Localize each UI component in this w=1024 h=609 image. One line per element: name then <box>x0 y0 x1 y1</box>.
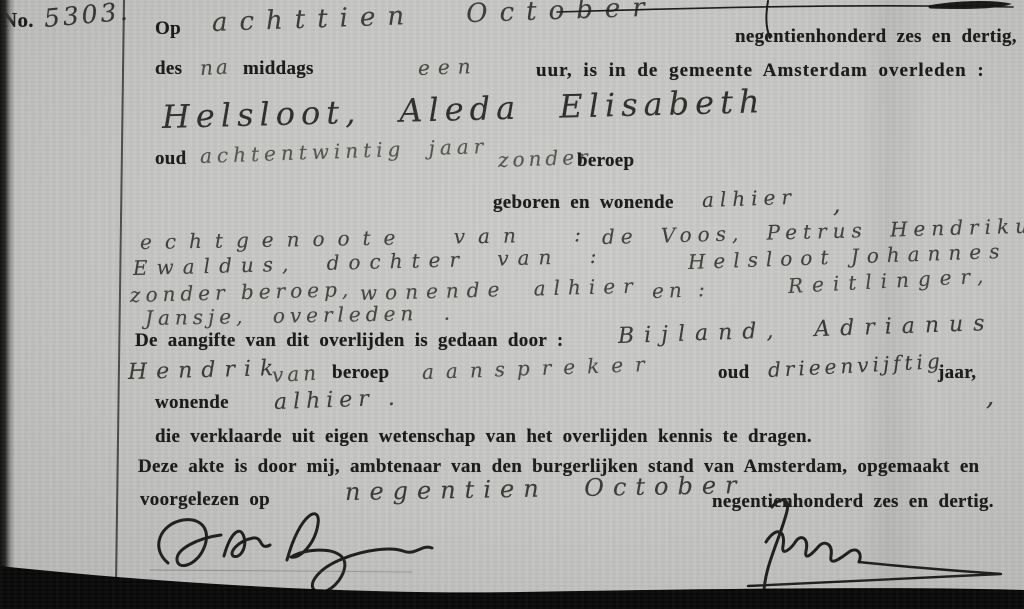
death-certificate-scan: No. 5303. Op achttien October negentienh… <box>0 0 1024 609</box>
scan-edge-bottom <box>0 566 1024 609</box>
record-number-value: 5303. <box>43 0 132 33</box>
signature-official <box>748 500 1001 600</box>
printed-des: des <box>155 58 182 80</box>
hw-alhier-1: alhier <box>702 185 798 212</box>
hw-na: na <box>199 54 231 80</box>
hw-declarant-age: drieenvijftig <box>767 349 944 382</box>
printed-jaar: jaar, <box>938 362 976 384</box>
hw-occupation: aanspreker <box>422 352 657 384</box>
hw-jansje-overleden: Jansje, overleden . <box>145 301 455 330</box>
hw-en: en : <box>652 277 711 303</box>
hw-age: achtentwintig jaar <box>200 134 489 168</box>
printed-verklaarde-clause: die verklaarde uit eigen wetenschap van … <box>155 426 812 448</box>
printed-op: Op <box>155 18 181 40</box>
hw-hendrik: Hendrik <box>128 356 283 385</box>
printed-year-1936: negentienhonderd zes en dertig, <box>735 26 1017 48</box>
hw-comma-1: , <box>833 190 845 218</box>
signature-declarant <box>150 514 432 592</box>
hw-registration-date: negentien October <box>345 471 746 506</box>
margin-rule-line <box>116 0 124 586</box>
printed-overleden-clause: uur, is in de gemeente Amsterdam overled… <box>536 60 985 82</box>
hw-hour: een <box>418 54 479 80</box>
printed-year-1936-2: negentienhonderd zes en dertig. <box>712 491 994 513</box>
hw-alhier-2: alhier . <box>274 386 402 415</box>
hw-wonende-alhier: wonende alhier <box>360 274 641 305</box>
hw-comma-2: , <box>986 382 998 412</box>
hw-declarant-name: Bijland, Adrianus <box>618 311 995 349</box>
printed-geboren-wonende: geboren en wonende <box>493 192 674 214</box>
printed-oud-2: oud <box>718 362 750 384</box>
scan-edge-left <box>0 0 15 609</box>
printed-aangifte-clause: De aangifte van dit overlijden is gedaan… <box>135 330 563 352</box>
printed-beroep-2: beroep <box>332 362 389 384</box>
printed-middags: middags <box>243 58 314 80</box>
paper-crease <box>858 0 928 609</box>
printed-oud: oud <box>155 148 187 170</box>
hw-death-date: achttien October <box>211 0 657 38</box>
printed-beroep: beroep <box>577 150 634 172</box>
printed-voorgelezen-op: voorgelezen op <box>140 489 270 511</box>
hw-deceased-name: Helsloot, Aleda Elisabeth <box>162 82 766 136</box>
printed-wonende: wonende <box>155 392 229 414</box>
hw-van: van <box>271 360 320 386</box>
